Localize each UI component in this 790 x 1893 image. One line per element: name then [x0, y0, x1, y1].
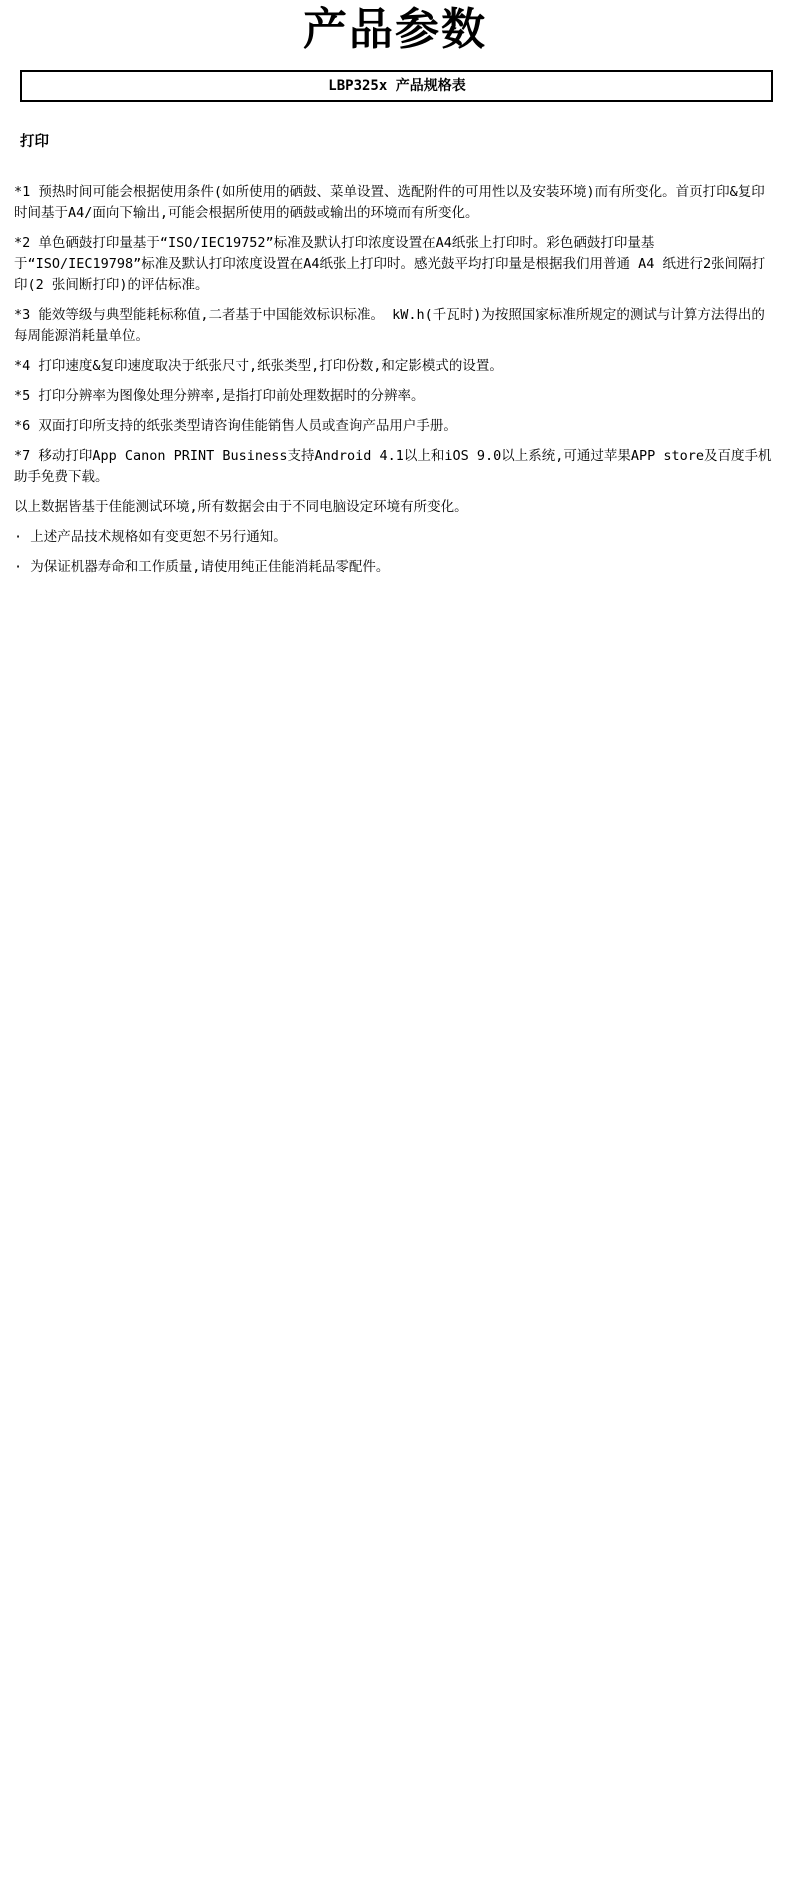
footnote-item: *1 预热时间可能会根据使用条件(如所使用的硒鼓、菜单设置、选配附件的可用性以及…: [14, 182, 776, 224]
footnote-item: *2 单色硒鼓打印量基于“ISO/IEC19752”标准及默认打印浓度设置在A4…: [14, 233, 776, 296]
footnote-item: 以上数据皆基于佳能测试环境,所有数据会由于不同电脑设定环境有所变化。: [14, 497, 776, 518]
footnote-item: *5 打印分辨率为图像处理分辨率,是指打印前处理数据时的分辨率。: [14, 386, 776, 407]
footnote-item: *4 打印速度&复印速度取决于纸张尺寸,纸张类型,打印份数,和定影模式的设置。: [14, 356, 776, 377]
footnote-item: *3 能效等级与典型能耗标称值,二者基于中国能效标识标准。 kW.h(千瓦时)为…: [14, 305, 776, 347]
footnote-item: *7 移动打印App Canon PRINT Business支持Android…: [14, 446, 776, 488]
general-spec-table: LBP325x 产品规格表: [20, 70, 773, 102]
footnote-item: · 上述产品技术规格如有变更恕不另行通知。: [14, 527, 776, 548]
spec-page: 产品参数 LBP325x 产品规格表 打印 *1 预热时间可能会根据使用条件(如…: [0, 4, 790, 578]
table-header-row: LBP325x 产品规格表: [21, 71, 772, 101]
footnote-item: *6 双面打印所支持的纸张类型请咨询佳能销售人员或查询产品用户手册。: [14, 416, 776, 437]
table-header-title: LBP325x 产品规格表: [21, 71, 772, 101]
page-title: 产品参数: [0, 4, 790, 56]
footnotes-block: *1 预热时间可能会根据使用条件(如所使用的硒鼓、菜单设置、选配附件的可用性以及…: [14, 182, 776, 578]
footnote-item: · 为保证机器寿命和工作质量,请使用纯正佳能消耗品零配件。: [14, 557, 776, 578]
print-section-title: 打印: [20, 132, 790, 152]
